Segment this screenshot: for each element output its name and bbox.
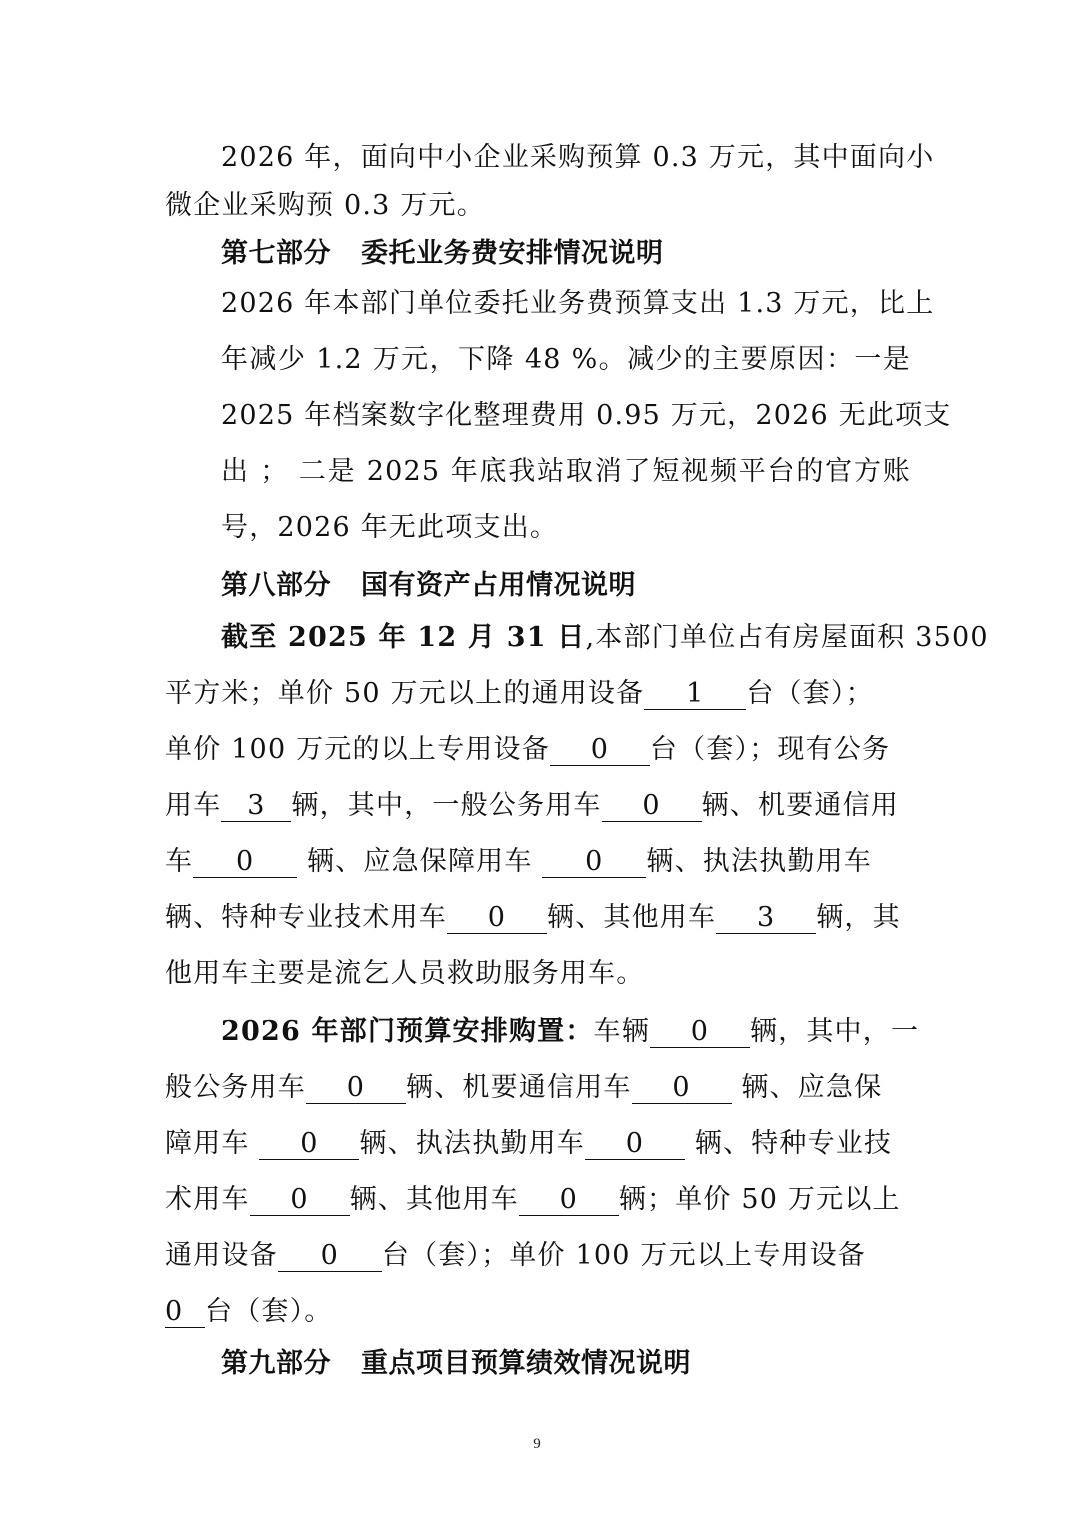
- text: 辆、机要通信用车: [406, 1072, 632, 1103]
- purchase-general-vehicles-count: 0: [306, 1073, 406, 1104]
- section-8-line-7: 他用车主要是流乞人员救助服务用车。: [165, 956, 911, 992]
- text: 台（套）；现有公务: [650, 734, 890, 765]
- section-8-line-6: 辆、特种专业技术用车0辆、其他用车3辆，其: [165, 900, 911, 936]
- procurement-line-2: 微企业采购预 0.3 万元。: [165, 188, 911, 224]
- text: 车: [165, 846, 193, 877]
- special-equipment-count: 0: [550, 735, 650, 766]
- purchase-line-4: 术用车0辆、其他用车0辆；单价 50 万元以上: [165, 1182, 911, 1218]
- section-8-line-5: 车0 辆、应急保障用车 0辆、执法执勤用车: [165, 844, 911, 880]
- section-7-title: 委托业务费安排情况说明: [361, 238, 664, 269]
- text: 辆，其中，一: [750, 1016, 919, 1047]
- text: 平方米；单价 50 万元以上的通用设备: [165, 678, 644, 709]
- text: 台（套）；单价 100 万元以上专用设备: [382, 1240, 866, 1271]
- text: 辆、执法执勤用车: [646, 846, 872, 877]
- section-9-part: 第九部分: [221, 1348, 331, 1379]
- confidential-vehicles-count: 0: [193, 847, 297, 878]
- text: 单价 100 万元的以上专用设备: [165, 734, 550, 765]
- section-9-heading: 第九部分重点项目预算绩效情况说明: [221, 1346, 911, 1382]
- purchase-special-equipment-count: 0: [165, 1297, 205, 1328]
- purchase-other-vehicles-count: 0: [519, 1185, 619, 1216]
- purchase-line-3: 障用车 0辆、执法执勤用车0 辆、特种专业技: [165, 1126, 911, 1162]
- section-7-part: 第七部分: [221, 238, 331, 269]
- section-7-heading: 第七部分委托业务费安排情况说明: [221, 236, 911, 272]
- section-8-part: 第八部分: [221, 570, 331, 601]
- text: 辆、执法执勤用车: [359, 1128, 585, 1159]
- purchase-line-1: 2026 年部门预算安排购置：车辆0辆，其中，一: [221, 1014, 911, 1050]
- purchase-law-enforcement-vehicles-count: 0: [585, 1129, 685, 1160]
- purchase-line-2: 般公务用车0辆、机要通信用车0 辆、应急保: [165, 1070, 911, 1106]
- purchase-line-6: 0台（套）。: [165, 1294, 911, 1330]
- emergency-vehicles-count: 0: [542, 847, 646, 878]
- text: 障用车: [165, 1128, 259, 1159]
- text: 般公务用车: [165, 1072, 306, 1103]
- text: 车辆: [594, 1016, 650, 1047]
- section-8-line-4: 用车3辆，其中，一般公务用车0辆、机要通信用: [165, 788, 911, 824]
- text: 辆、其他用车: [547, 902, 716, 933]
- as-of-date: 截至 2025 年 12 月 31 日: [221, 622, 586, 653]
- special-tech-vehicles-count: 0: [447, 903, 547, 934]
- section-7-line-2: 年减少 1.2 万元，下降 48 %。减少的主要原因：一是: [221, 342, 911, 378]
- section-8-line-1: 截至 2025 年 12 月 31 日,本部门单位占有房屋面积 3500: [221, 620, 911, 656]
- section-8-line-3: 单价 100 万元的以上专用设备0台（套）；现有公务: [165, 732, 911, 768]
- purchase-vehicles-count: 0: [650, 1017, 750, 1048]
- procurement-line-1: 2026 年，面向中小企业采购预算 0.3 万元，其中面向小: [221, 140, 911, 176]
- official-vehicles-count: 3: [221, 791, 291, 822]
- purchase-special-tech-vehicles-count: 0: [250, 1185, 350, 1216]
- text: 辆、特种专业技术用车: [165, 902, 447, 933]
- section-7-line-4: 出 ； 二是 2025 年底我站取消了短视频平台的官方账: [221, 454, 911, 490]
- text: 辆，其中，一般公务用车: [291, 790, 601, 821]
- purchase-lead: 2026 年部门预算安排购置：: [221, 1016, 594, 1047]
- text: 辆、应急保障用车: [297, 846, 542, 877]
- text: 通用设备: [165, 1240, 278, 1271]
- purchase-confidential-vehicles-count: 0: [632, 1073, 732, 1104]
- section-7-line-1: 2026 年本部门单位委托业务费预算支出 1.3 万元，比上: [221, 286, 911, 322]
- purchase-emergency-vehicles-count: 0: [259, 1129, 359, 1160]
- text: 术用车: [165, 1184, 250, 1215]
- other-vehicles-count: 3: [716, 903, 816, 934]
- text: 辆；单价 50 万元以上: [619, 1184, 901, 1215]
- as-of-rest: ,本部门单位占有房屋面积 3500: [586, 622, 989, 653]
- purchase-line-5: 通用设备0台（套）；单价 100 万元以上专用设备: [165, 1238, 911, 1274]
- section-9-title: 重点项目预算绩效情况说明: [361, 1348, 691, 1379]
- text: 辆、其他用车: [350, 1184, 519, 1215]
- text: 台（套）；: [746, 678, 874, 709]
- page-number: 9: [0, 1436, 1074, 1453]
- section-7-line-5: 号，2026 年无此项支出。: [221, 510, 911, 546]
- text: 用车: [165, 790, 221, 821]
- text: 辆、机要通信用: [702, 790, 899, 821]
- purchase-general-equipment-count: 0: [278, 1241, 382, 1272]
- text: 辆、应急保: [732, 1072, 883, 1103]
- text: 辆，其: [816, 902, 901, 933]
- section-8-line-2: 平方米；单价 50 万元以上的通用设备1台（套）；: [165, 676, 911, 712]
- section-8-title: 国有资产占用情况说明: [361, 570, 636, 601]
- general-vehicles-count: 0: [602, 791, 702, 822]
- text: 辆、特种专业技: [685, 1128, 892, 1159]
- general-equipment-count: 1: [644, 679, 746, 710]
- section-8-heading: 第八部分国有资产占用情况说明: [221, 568, 911, 604]
- section-7-line-3: 2025 年档案数字化整理费用 0.95 万元，2026 无此项支: [221, 398, 911, 434]
- text: 台（套）。: [205, 1296, 333, 1327]
